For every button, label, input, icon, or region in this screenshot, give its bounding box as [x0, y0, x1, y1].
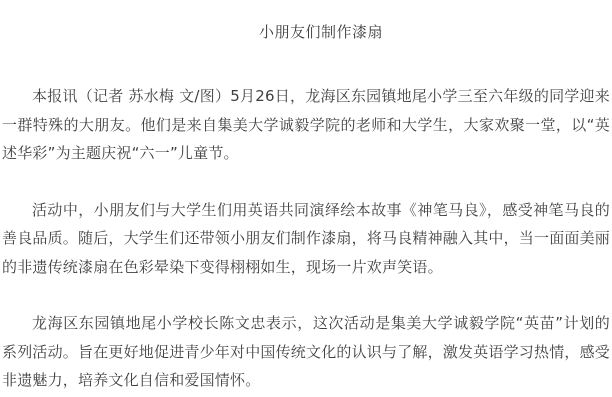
article: 小朋友们制作漆扇 本报讯（记者 苏水梅 文/图）5月26日，龙海区东园镇地尾小学…	[0, 0, 612, 395]
article-paragraph-activity: 活动中，小朋友们与大学生们用英语共同演绎绘本故事《神笔马良》，感受神笔马良的善良…	[2, 196, 610, 282]
article-paragraph-lede: 本报讯（记者 苏水梅 文/图）5月26日，龙海区东园镇地尾小学三至六年级的同学迎…	[2, 82, 610, 168]
article-title: 小朋友们制作漆扇	[2, 22, 610, 42]
article-paragraph-principal-quote: 龙海区东园镇地尾小学校长陈文忠表示，这次活动是集美大学诚毅学院“英苗”计划的系列…	[2, 309, 610, 395]
